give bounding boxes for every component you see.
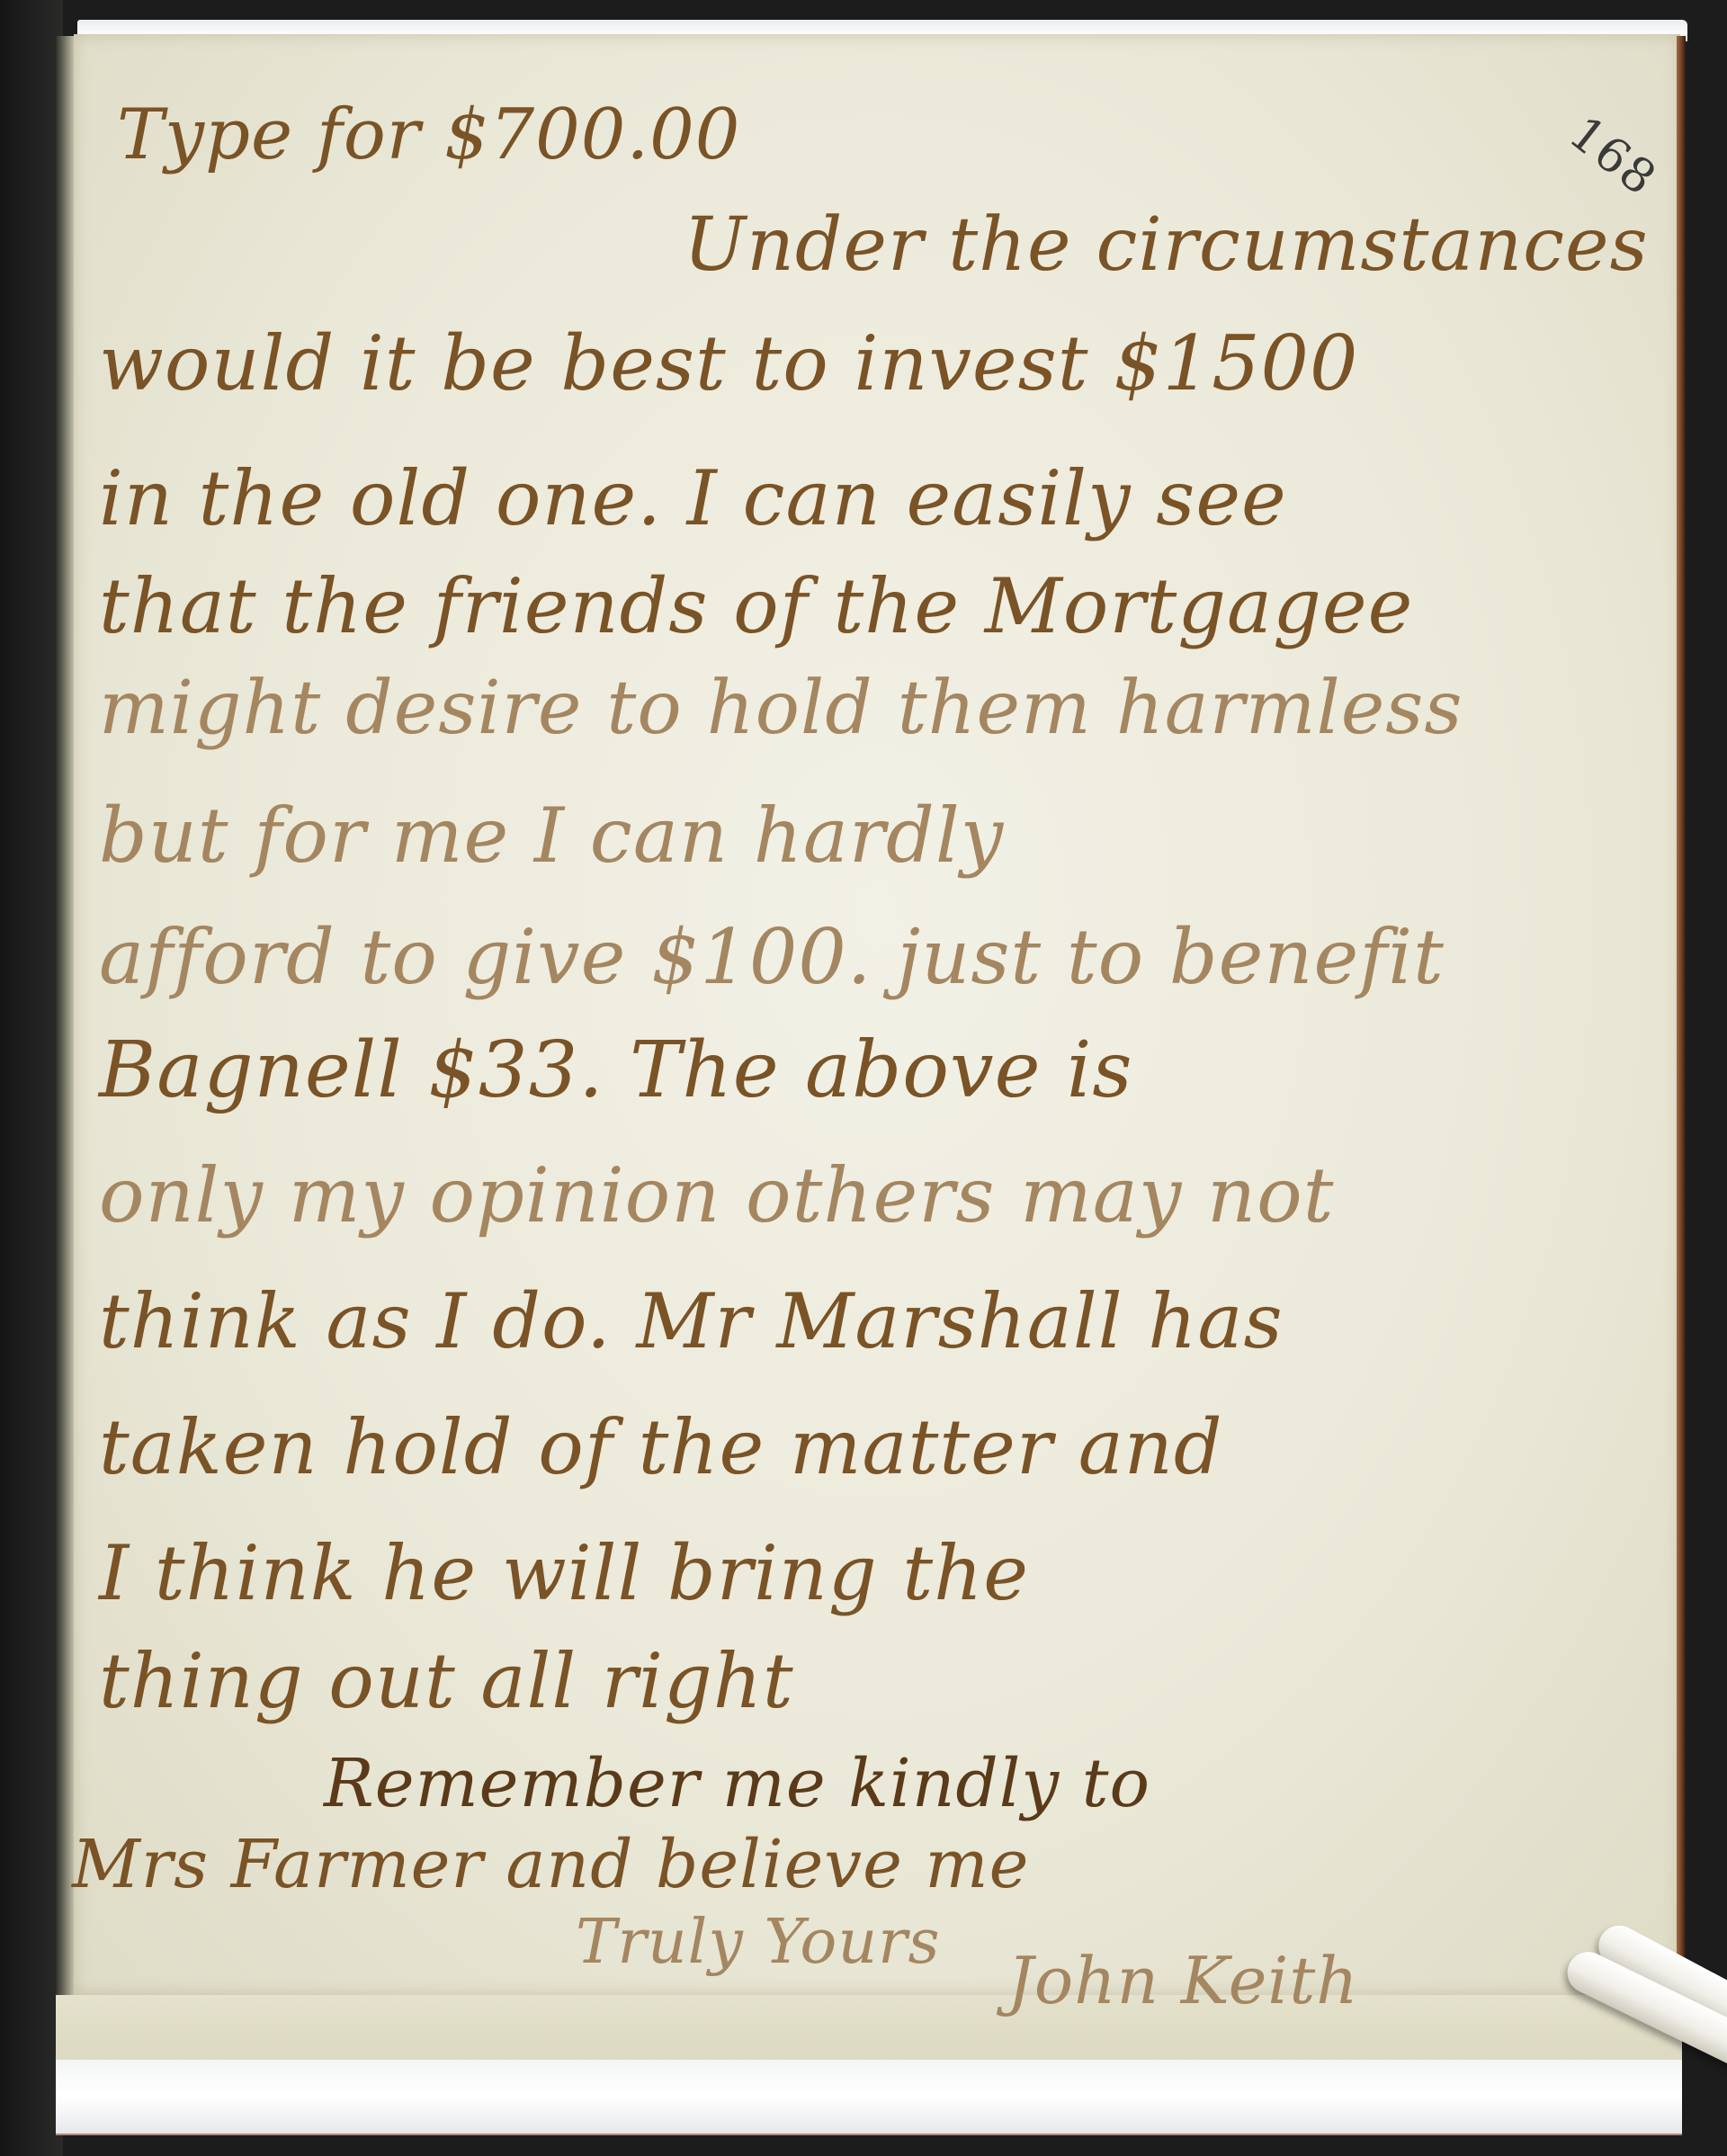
letter-line: Mrs Farmer and believe me: [72, 1826, 1029, 1903]
letter-page-lower: [56, 1995, 1682, 2062]
binding-edge: [56, 36, 76, 2033]
letter-line: Type for $700.00: [117, 94, 740, 175]
letter-line: would it be best to invest $1500: [99, 319, 1358, 407]
letter-line: only my opinion others may not: [99, 1151, 1334, 1239]
letter-closing: Truly Yours: [576, 1907, 941, 1978]
background: [0, 0, 63, 2156]
letter-signature: John Keith: [1007, 1943, 1359, 2018]
letter-line: I think he will bring the: [99, 1529, 1029, 1617]
letter-line: afford to give $100. just to benefit: [99, 913, 1445, 1001]
letter-line: taken hold of the matter and: [99, 1403, 1223, 1491]
page-edge: [1677, 36, 1686, 1995]
letter-line: might desire to hold them harmless: [99, 666, 1463, 751]
letter-line: Bagnell $33. The above is: [99, 1025, 1133, 1115]
letter-line: think as I do. Mr Marshall has: [99, 1277, 1284, 1365]
letter-line: Remember me kindly to: [324, 1745, 1150, 1822]
letter-line: but for me I can hardly: [99, 792, 1004, 880]
bottom-paper-strip: [56, 2060, 1682, 2135]
letter-line: in the old one. I can easily see: [99, 454, 1287, 542]
letter-line: Under the circumstances: [684, 202, 1649, 288]
letter-line: thing out all right: [99, 1637, 794, 1725]
letter-line: that the friends of the Mortgagee: [99, 562, 1413, 650]
